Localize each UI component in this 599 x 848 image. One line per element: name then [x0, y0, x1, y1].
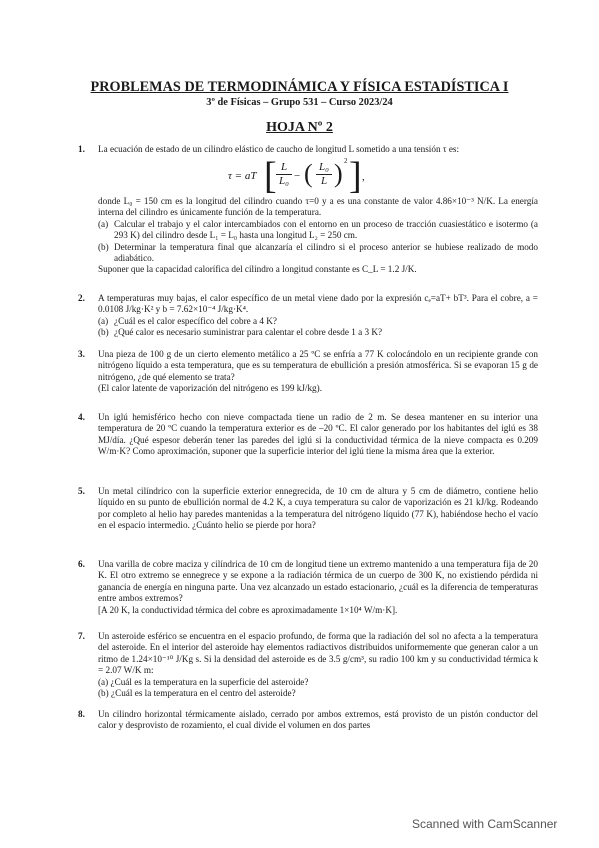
problem-item: (b) ¿Qué calor es necesario suministrar …	[98, 327, 538, 338]
problem-question: (a) ¿Cuál es la temperatura en la superf…	[98, 677, 538, 688]
problem-footer: [A 20 K, la conductividad térmica del co…	[98, 605, 538, 616]
problem-text: Un cilindro horizontal térmicamente aisl…	[98, 709, 538, 732]
problem-text: Un asteroide esférico se encuentra en el…	[98, 631, 538, 677]
formula-fraction-1: L L₀	[276, 161, 292, 188]
formula-paren-right: )	[334, 159, 343, 189]
problem-3: 3. Una pieza de 100 g de un cierto eleme…	[98, 349, 538, 395]
problem-text: Una varilla de cobre maciza y cilíndrica…	[98, 559, 538, 605]
problem-4: 4. Un iglú hemisférico hecho con nieve c…	[98, 412, 538, 458]
formula-minus: −	[294, 170, 300, 182]
problem-question: (b) ¿Cuál es la temperatura en el centro…	[98, 688, 538, 699]
formula-lhs: τ = aT	[228, 170, 256, 182]
formula-bracket-right: ]	[349, 157, 362, 195]
problem-footer: (El calor latente de vaporización del ni…	[98, 383, 538, 394]
document-subtitle: 3º de Físicas – Grupo 531 – Curso 2023/2…	[0, 97, 599, 108]
problem-5: 5. Un metal cilíndrico con la superficie…	[98, 486, 538, 532]
problem-text: A temperaturas muy bajas, el calor espec…	[98, 293, 538, 316]
scanner-watermark: Scanned with CamScanner	[412, 817, 557, 831]
state-equation-formula: τ = aT [ L L₀ − ( L₀ L ) 2 ] ,	[220, 157, 380, 197]
formula-comma: ,	[362, 171, 365, 183]
formula-bracket-left: [	[264, 157, 277, 195]
problem-8: 8. Un cilindro horizontal térmicamente a…	[98, 709, 538, 732]
problem-number: 1.	[78, 144, 85, 155]
document-page: PROBLEMAS DE TERMODINÁMICA Y FÍSICA ESTA…	[0, 0, 599, 848]
problem-item: (a) ¿Cuál es el calor específico del cob…	[98, 316, 538, 327]
problem-text: Un metal cilíndrico con la superficie ex…	[98, 486, 538, 532]
problem-item: (a) Calcular el trabajo y el calor inter…	[98, 219, 538, 242]
problem-1: 1. La ecuación de estado de un cilindro …	[98, 144, 538, 155]
problem-intro: La ecuación de estado de un cilindro elá…	[98, 144, 538, 155]
problem-text: donde L₀ = 150 cm es la longitud del cil…	[98, 196, 538, 219]
sheet-heading: HOJA Nº 2	[0, 120, 599, 136]
problem-2: 2. A temperaturas muy bajas, el calor es…	[98, 293, 538, 339]
document-title: PROBLEMAS DE TERMODINÁMICA Y FÍSICA ESTA…	[0, 79, 599, 96]
formula-paren-left: (	[304, 159, 313, 189]
formula-exponent: 2	[344, 157, 348, 165]
problem-7: 7. Un asteroide esférico se encuentra en…	[98, 631, 538, 699]
problem-item: (b) Determinar la temperatura final que …	[98, 242, 538, 265]
problem-text: Una pieza de 100 g de un cierto elemento…	[98, 349, 538, 383]
problem-6: 6. Una varilla de cobre maciza y cilíndr…	[98, 559, 538, 616]
problem-footer: Suponer que la capacidad calorífica del …	[98, 264, 538, 275]
problem-text: Un iglú hemisférico hecho con nieve comp…	[98, 412, 538, 458]
formula-fraction-2: L₀ L	[316, 161, 332, 188]
problem-1-body: donde L₀ = 150 cm es la longitud del cil…	[98, 196, 538, 276]
